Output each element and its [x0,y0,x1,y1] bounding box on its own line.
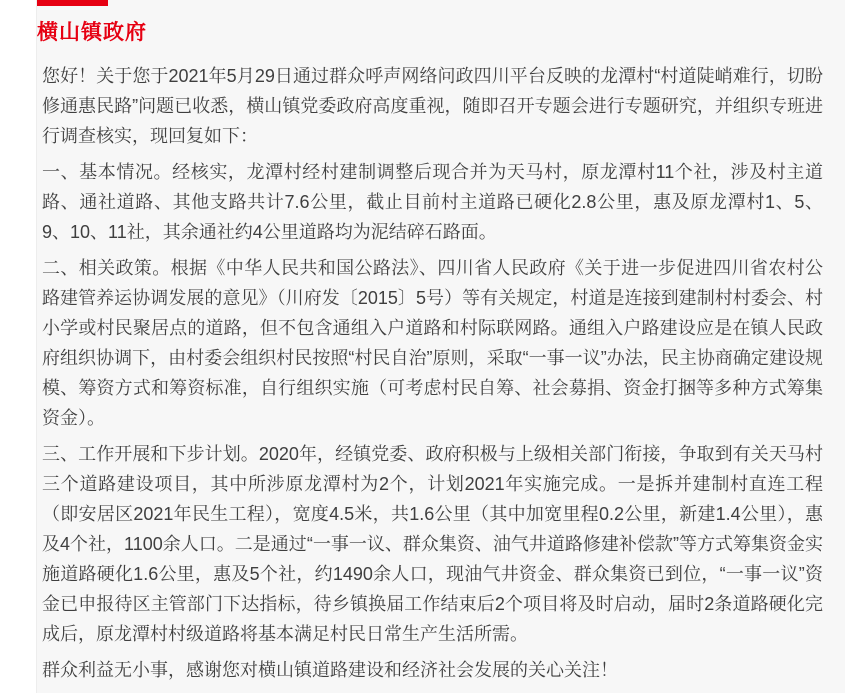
red-accent-bar [37,0,108,6]
reply-paragraph-related-policy: 二、相关政策。根据《中华人民共和国公路法》、四川省人民政府《关于进一步促进四川省… [42,253,823,433]
reply-body: 您好！关于您于2021年5月29日通过群众呼声网络问政四川平台反映的龙潭村“村道… [37,61,823,685]
reply-paragraph-work-plan: 三、工作开展和下步计划。2020年，经镇党委、政府积极与上级相关部门衔接，争取到… [42,439,823,649]
reply-page: 横山镇政府 您好！关于您于2021年5月29日通过群众呼声网络问政四川平台反映的… [0,0,845,693]
reply-paragraph-greeting: 您好！关于您于2021年5月29日通过群众呼声网络问政四川平台反映的龙潭村“村道… [42,61,823,151]
reply-panel: 横山镇政府 您好！关于您于2021年5月29日通过群众呼声网络问政四川平台反映的… [36,0,845,693]
reply-paragraph-basic-situation: 一、基本情况。经核实，龙潭村经村建制调整后现合并为天马村，原龙潭村11个社，涉及… [42,157,823,247]
reply-paragraph-closing: 群众利益无小事，感谢您对横山镇道路建设和经济社会发展的关心关注！ [42,655,823,685]
responder-title: 横山镇政府 [37,21,823,45]
